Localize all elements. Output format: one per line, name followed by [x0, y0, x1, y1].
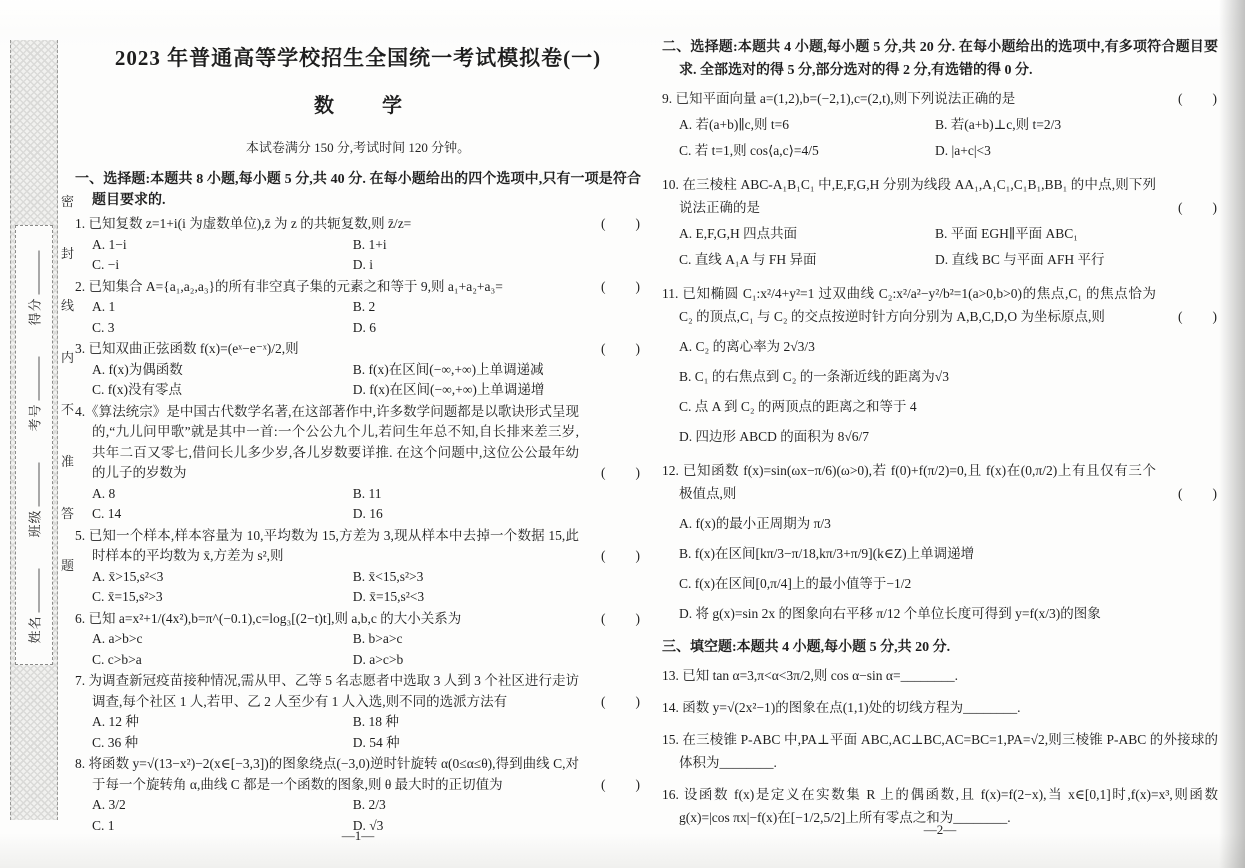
question-5-stem: 5. 已知一个样本,样本容量为 10,平均数为 15,方差为 3,现从样本中去掉… — [75, 528, 579, 564]
question-6-option-C: C. c>b>a — [92, 650, 353, 671]
page-2-fill-questions: 13. 已知 tan α=3,π<α<3π/2,则 cos α−sin α=__… — [662, 664, 1218, 829]
answer-bracket: ( ) — [601, 463, 641, 484]
seal-char-8: 题 — [60, 559, 75, 572]
field-name-blank — [28, 568, 40, 612]
question-10-option-D: D. 直线 BC 与平面 AFH 平行 — [935, 248, 1218, 271]
section-1-heading: 一、选择题:本题共 8 小题,每小题 5 分,共 40 分. 在每小题给出的四个… — [75, 169, 641, 211]
exam-title: 2023 年普通高等学校招生全国统一考试模拟卷(一) — [75, 42, 641, 72]
question-2-stem: 2. 已知集合 A={a₁,a₂,a₃}的所有非空真子集的元素之和等于 9,则 … — [75, 279, 503, 294]
question-11-stem: 11. 已知椭圆 C₁:x²/4+y²=1 过双曲线 C₂:x²/a²−y²/b… — [662, 286, 1156, 324]
question-9: 9. 已知平面向量 a=(1,2),b=(−2,1),c=(2,t),则下列说法… — [662, 87, 1218, 162]
seal-char-7: 答 — [60, 507, 75, 520]
answer-bracket: ( ) — [1178, 305, 1218, 328]
question-8-option-A: A. 3/2 — [92, 795, 353, 816]
page-2: 二、选择题:本题共 4 小题,每小题 5 分,共 20 分. 在每小题给出的选项… — [662, 36, 1218, 838]
question-7-options: A. 12 种B. 18 种C. 36 种D. 54 种 — [75, 712, 641, 753]
seal-char-4: 内 — [60, 351, 75, 364]
question-12-stem: 12. 已知函数 f(x)=sin(ωx−π/6)(ω>0),若 f(0)+f(… — [662, 463, 1156, 501]
question-9-option-B: B. 若(a+b)⊥c,则 t=2/3 — [935, 113, 1218, 136]
subject-title: 数 学 — [75, 89, 641, 118]
question-12-option-D: D. 将 g(x)=sin 2x 的图象向右平移 π/12 个单位长度可得到 y… — [679, 602, 1218, 625]
question-1: 1. 已知复数 z=1+i(i 为虚数单位),z̄ 为 z 的共轭复数,则 z̄… — [75, 214, 641, 276]
answer-bracket: ( ) — [601, 339, 641, 360]
question-14: 14. 函数 y=√(2x²−1)的图象在点(1,1)处的切线方程为______… — [662, 696, 1218, 719]
seal-char-1: 密 — [60, 195, 75, 208]
question-8-stem: 8. 将函数 y=√(13−x²)−2(x∈[−3,3])的图象绕点(−3,0)… — [75, 756, 579, 792]
question-6-option-B: B. b>a>c — [353, 629, 641, 650]
question-9-option-C: C. 若 t=1,则 cos⟨a,c⟩=4/5 — [679, 139, 935, 162]
question-7-option-D: D. 54 种 — [353, 733, 641, 754]
question-6-stem: 6. 已知 a=x²+1/(4x²),b=π^(−0.1),c=log₃[(2−… — [75, 611, 461, 626]
question-10-option-B: B. 平面 EGH∥平面 ABC₁ — [935, 222, 1218, 245]
answer-bracket: ( ) — [1178, 87, 1218, 110]
field-exam-number-blank — [28, 356, 40, 400]
question-9-options: A. 若(a+b)∥c,则 t=6B. 若(a+b)⊥c,则 t=2/3C. 若… — [662, 110, 1218, 162]
answer-bracket: ( ) — [601, 277, 641, 298]
section-2-heading: 二、选择题:本题共 4 小题,每小题 5 分,共 20 分. 在每小题给出的选项… — [662, 36, 1218, 82]
field-name: 姓名 — [25, 568, 44, 643]
question-1-option-B: B. 1+i — [353, 235, 641, 256]
question-7-option-B: B. 18 种 — [353, 712, 641, 733]
question-11-option-A: A. C₂ 的离心率为 2√3/3 — [679, 335, 1218, 358]
field-exam-number-label: 考号 — [28, 403, 43, 431]
question-12-option-B: B. f(x)在区间[kπ/3−π/18,kπ/3+π/9](k∈Z)上单调递增 — [679, 542, 1218, 565]
question-4-options: A. 8B. 11C. 14D. 16 — [75, 484, 641, 525]
question-3-stem: 3. 已知双曲正弦函数 f(x)=(eˣ−e⁻ˣ)/2,则 — [75, 341, 299, 356]
question-11-option-B: B. C₁ 的右焦点到 C₂ 的一条渐近线的距离为√3 — [679, 365, 1218, 388]
question-3-option-C: C. f(x)没有零点 — [92, 380, 353, 401]
question-4-option-B: B. 11 — [353, 484, 641, 505]
question-8: 8. 将函数 y=√(13−x²)−2(x∈[−3,3])的图象绕点(−3,0)… — [75, 754, 641, 836]
field-score-blank — [28, 250, 40, 294]
question-12: 12. 已知函数 f(x)=sin(ωx−π/6)(ω>0),若 f(0)+f(… — [662, 459, 1218, 625]
question-2-option-D: D. 6 — [353, 318, 641, 339]
answer-bracket: ( ) — [601, 214, 641, 235]
question-13: 13. 已知 tan α=3,π<α<3π/2,则 cos α−sin α=__… — [662, 664, 1218, 687]
question-4-stem: 4.《算法统宗》是中国古代数学名著,在这部著作中,许多数学问题都是以歌诀形式呈现… — [75, 404, 579, 481]
question-6-option-D: D. a>c>b — [353, 650, 641, 671]
page-2-questions: 9. 已知平面向量 a=(1,2),b=(−2,1),c=(2,t),则下列说法… — [662, 87, 1218, 625]
question-10-option-A: A. E,F,G,H 四点共面 — [679, 222, 935, 245]
question-1-option-D: D. i — [353, 255, 641, 276]
question-5: 5. 已知一个样本,样本容量为 10,平均数为 15,方差为 3,现从样本中去掉… — [75, 526, 641, 608]
field-exam-number: 考号 — [25, 356, 44, 431]
question-7: 7. 为调查新冠疫苗接种情况,需从甲、乙等 5 名志愿者中选取 3 人到 3 个… — [75, 671, 641, 753]
field-class: 班级 — [25, 462, 44, 537]
answer-bracket: ( ) — [601, 546, 641, 567]
page-2-footer: —2— — [662, 822, 1218, 838]
answer-bracket: ( ) — [601, 775, 641, 796]
question-3-options: A. f(x)为偶函数B. f(x)在区间(−∞,+∞)上单调递减C. f(x)… — [75, 360, 641, 401]
question-3-option-D: D. f(x)在区间(−∞,+∞)上单调递增 — [353, 380, 641, 401]
seal-char-6: 准 — [60, 455, 75, 468]
question-5-option-C: C. x̄=15,s²>3 — [92, 587, 353, 608]
question-7-option-C: C. 36 种 — [92, 733, 353, 754]
page-1-footer: —1— — [75, 828, 641, 844]
question-3-option-A: A. f(x)为偶函数 — [92, 360, 353, 381]
question-10-options: A. E,F,G,H 四点共面B. 平面 EGH∥平面 ABC₁C. 直线 A₁… — [662, 219, 1218, 271]
question-2-option-A: A. 1 — [92, 297, 353, 318]
question-4-option-C: C. 14 — [92, 504, 353, 525]
scan-top-shadow — [0, 0, 1245, 34]
question-2-option-B: B. 2 — [353, 297, 641, 318]
question-13-stem: 13. 已知 tan α=3,π<α<3π/2,则 cos α−sin α=__… — [662, 668, 958, 683]
question-5-option-A: A. x̄>15,s²<3 — [92, 567, 353, 588]
question-15: 15. 在三棱锥 P-ABC 中,PA⊥平面 ABC,AC⊥BC,AC=BC=1… — [662, 728, 1218, 774]
question-11-option-D: D. 四边形 ABCD 的面积为 8√6/7 — [679, 425, 1218, 448]
question-2-options: A. 1B. 2C. 3D. 6 — [75, 297, 641, 338]
exam-note: 本试卷满分 150 分,考试时间 120 分钟。 — [75, 137, 641, 156]
question-8-option-B: B. 2/3 — [353, 795, 641, 816]
seal-line-text: 密封线内不准答题 — [60, 195, 75, 611]
question-6-option-A: A. a>b>c — [92, 629, 353, 650]
question-11-options: A. C₂ 的离心率为 2√3/3B. C₁ 的右焦点到 C₂ 的一条渐近线的距… — [662, 328, 1218, 448]
question-16-stem: 16. 设函数 f(x)是定义在实数集 R 上的偶函数,且 f(x)=f(2−x… — [662, 787, 1218, 825]
question-1-option-C: C. −i — [92, 255, 353, 276]
question-10: 10. 在三棱柱 ABC-A₁B₁C₁ 中,E,F,G,H 分别为线段 AA₁,… — [662, 173, 1218, 271]
seal-char-3: 线 — [60, 299, 75, 312]
question-7-stem: 7. 为调查新冠疫苗接种情况,需从甲、乙等 5 名志愿者中选取 3 人到 3 个… — [75, 673, 579, 709]
question-15-stem: 15. 在三棱锥 P-ABC 中,PA⊥平面 ABC,AC⊥BC,AC=BC=1… — [662, 732, 1218, 770]
question-11: 11. 已知椭圆 C₁:x²/4+y²=1 过双曲线 C₂:x²/a²−y²/b… — [662, 282, 1218, 448]
binding-margin: 得分考号班级姓名 — [10, 40, 58, 820]
question-7-option-A: A. 12 种 — [92, 712, 353, 733]
scanned-exam-paper: 得分考号班级姓名 密封线内不准答题 2023 年普通高等学校招生全国统一考试模拟… — [0, 0, 1245, 868]
field-class-label: 班级 — [28, 509, 43, 537]
seal-char-5: 不 — [60, 403, 75, 416]
question-5-options: A. x̄>15,s²<3B. x̄<15,s²>3C. x̄=15,s²>3D… — [75, 567, 641, 608]
question-9-option-D: D. |a+c|<3 — [935, 139, 1218, 162]
question-10-option-C: C. 直线 A₁A 与 FH 异面 — [679, 248, 935, 271]
question-10-stem: 10. 在三棱柱 ABC-A₁B₁C₁ 中,E,F,G,H 分别为线段 AA₁,… — [662, 177, 1156, 215]
answer-bracket: ( ) — [601, 692, 641, 713]
page-1-questions: 1. 已知复数 z=1+i(i 为虚数单位),z̄ 为 z 的共轭复数,则 z̄… — [75, 214, 641, 836]
field-name-label: 姓名 — [28, 615, 43, 643]
question-1-option-A: A. 1−i — [92, 235, 353, 256]
question-2-option-C: C. 3 — [92, 318, 353, 339]
field-score-label: 得分 — [28, 297, 43, 325]
question-4-option-D: D. 16 — [353, 504, 641, 525]
student-info-box: 得分考号班级姓名 — [15, 225, 53, 665]
question-9-stem: 9. 已知平面向量 a=(1,2),b=(−2,1),c=(2,t),则下列说法… — [662, 91, 1015, 106]
scan-right-shadow — [1219, 0, 1245, 868]
answer-bracket: ( ) — [1178, 196, 1218, 219]
question-12-option-A: A. f(x)的最小正周期为 π/3 — [679, 512, 1218, 535]
question-12-option-C: C. f(x)在区间[0,π/4]上的最小值等于−1/2 — [679, 572, 1218, 595]
question-2: 2. 已知集合 A={a₁,a₂,a₃}的所有非空真子集的元素之和等于 9,则 … — [75, 277, 641, 339]
question-4: 4.《算法统宗》是中国古代数学名著,在这部著作中,许多数学问题都是以歌诀形式呈现… — [75, 402, 641, 525]
question-6-options: A. a>b>cB. b>a>cC. c>b>aD. a>c>b — [75, 629, 641, 670]
page-1: 2023 年普通高等学校招生全国统一考试模拟卷(一) 数 学 本试卷满分 150… — [75, 42, 641, 837]
field-score: 得分 — [25, 250, 44, 325]
question-1-options: A. 1−iB. 1+iC. −iD. i — [75, 235, 641, 276]
answer-bracket: ( ) — [1178, 482, 1218, 505]
question-3-option-B: B. f(x)在区间(−∞,+∞)上单调递减 — [353, 360, 641, 381]
question-6: 6. 已知 a=x²+1/(4x²),b=π^(−0.1),c=log₃[(2−… — [75, 609, 641, 671]
question-5-option-B: B. x̄<15,s²>3 — [353, 567, 641, 588]
seal-char-2: 封 — [60, 247, 75, 260]
question-4-option-A: A. 8 — [92, 484, 353, 505]
question-14-stem: 14. 函数 y=√(2x²−1)的图象在点(1,1)处的切线方程为______… — [662, 700, 1021, 715]
question-1-stem: 1. 已知复数 z=1+i(i 为虚数单位),z̄ 为 z 的共轭复数,则 z̄… — [75, 216, 411, 231]
field-class-blank — [28, 462, 40, 506]
answer-bracket: ( ) — [601, 609, 641, 630]
question-9-option-A: A. 若(a+b)∥c,则 t=6 — [679, 113, 935, 136]
section-3-heading: 三、填空题:本题共 4 小题,每小题 5 分,共 20 分. — [662, 636, 1218, 659]
question-3: 3. 已知双曲正弦函数 f(x)=(eˣ−e⁻ˣ)/2,则( )A. f(x)为… — [75, 339, 641, 401]
question-5-option-D: D. x̄=15,s²<3 — [353, 587, 641, 608]
question-11-option-C: C. 点 A 到 C₂ 的两顶点的距离之和等于 4 — [679, 395, 1218, 418]
question-12-options: A. f(x)的最小正周期为 π/3B. f(x)在区间[kπ/3−π/18,k… — [662, 505, 1218, 625]
